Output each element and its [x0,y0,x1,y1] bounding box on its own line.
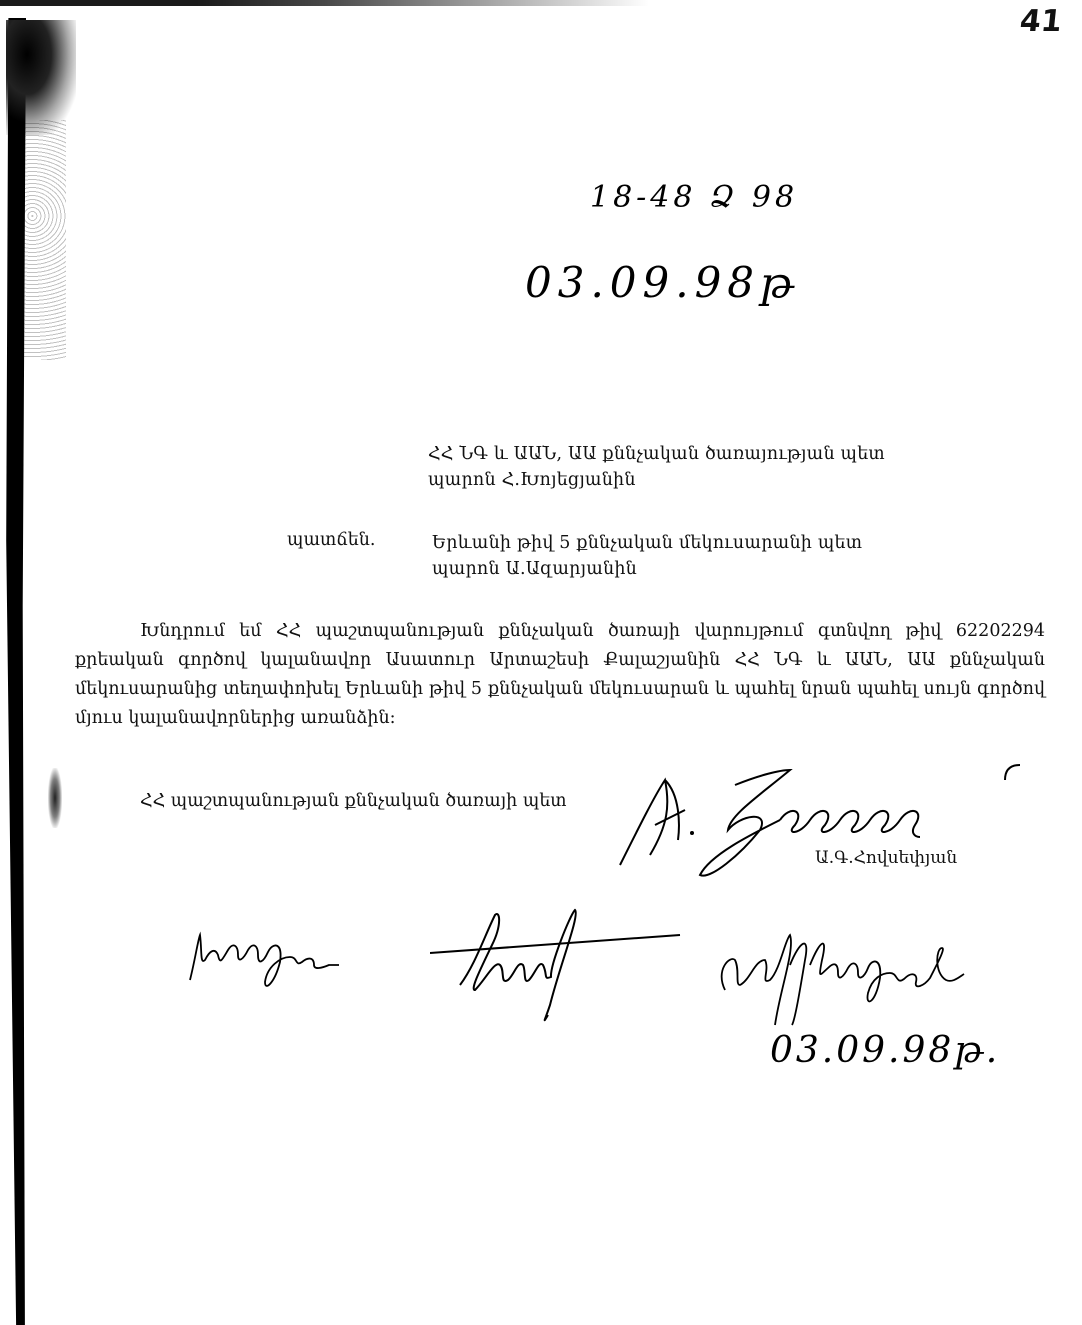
copy-line1: Երևանի թիվ 5 քննչական մեկուսարանի պետ [432,530,862,556]
scan-border-top [0,0,1082,6]
signature-right-icon [710,930,1000,1040]
body-paragraph: Խնդրում եմ ՀՀ պաշտպանության քննչական ծառ… [75,617,1045,733]
scan-noise [18,120,66,360]
registration-date: 03.09.98թ [525,258,799,307]
addressee-block: ՀՀ ՆԳ և ԱԱՆ, ԱԱ քննչական ծառայության պետ… [428,441,885,493]
addressee-line2: պարոն Հ.Խոյեցյանին [428,467,885,493]
page-number: 41 [1018,4,1063,39]
signatory-title: ՀՀ պաշտպանության քննչական ծառայի պետ [140,791,567,811]
copy-label: պատճեն. [287,530,375,550]
signature-left-icon [180,920,380,1000]
scan-smudge [6,20,76,135]
addressee-line1: ՀՀ ՆԳ և ԱԱՆ, ԱԱ քննչական ծառայության պետ [428,441,885,467]
scanned-document-page: 41 18-48 Ձ 98 03.09.98թ ՀՀ ՆԳ և ԱԱՆ, ԱԱ … [0,0,1082,1325]
copy-line2: պարոն Ա.Ազարյանին [432,556,862,582]
signature-middle-icon [430,905,690,1035]
scan-blob [48,768,62,828]
handwritten-date: 03.09.98թ. [770,1030,1000,1071]
registration-number: 18-48 Ձ 98 [590,180,798,215]
copy-to-block: Երևանի թիվ 5 քննչական մեկուսարանի պետ պա… [432,530,862,582]
signatory-name: Ա.Գ.Հովսեփյան [815,848,957,868]
